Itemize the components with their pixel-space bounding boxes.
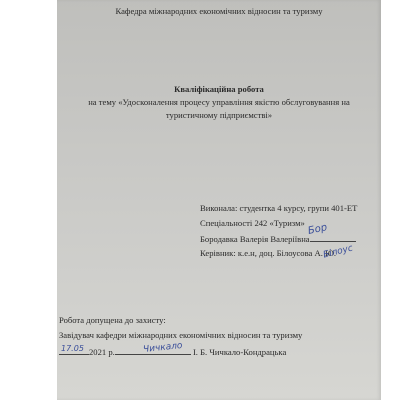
topic-line-2: туристичному підприємстві» [57, 110, 381, 121]
document-page: Кафедра міжнародних економічних відносин… [57, 0, 381, 400]
topic-line-1: на тему «Удосконалення процесу управлінн… [57, 97, 381, 108]
work-type-title: Кваліфікаційна робота [57, 84, 381, 95]
performed-by: Виконала: студентка 4 курсу, групи 401-Е… [200, 203, 357, 214]
head-name: І. Б. Чичкало-Кондрацька [193, 347, 286, 357]
supervisor: Керівник: к.е.н, доц. Білоусова А. Ю. [200, 248, 336, 259]
supervisor-signature: Білоус [322, 243, 354, 260]
specialty: Спеціальності 242 «Туризм» [200, 218, 305, 229]
student-name: Бородавка Валерія Валеріївна [200, 234, 310, 244]
handwritten-date: 17.05 [61, 344, 84, 354]
department-heading: Кафедра міжнародних економічних відносин… [57, 6, 381, 17]
head-of-department-title: Завідувач кафедри міжнародних економічни… [59, 330, 302, 341]
year: 2021 р. [89, 347, 115, 357]
admitted-to-defense: Робота допущена до захисту: [59, 315, 166, 326]
student-name-row: Бородавка Валерія Валеріївна [200, 233, 356, 245]
